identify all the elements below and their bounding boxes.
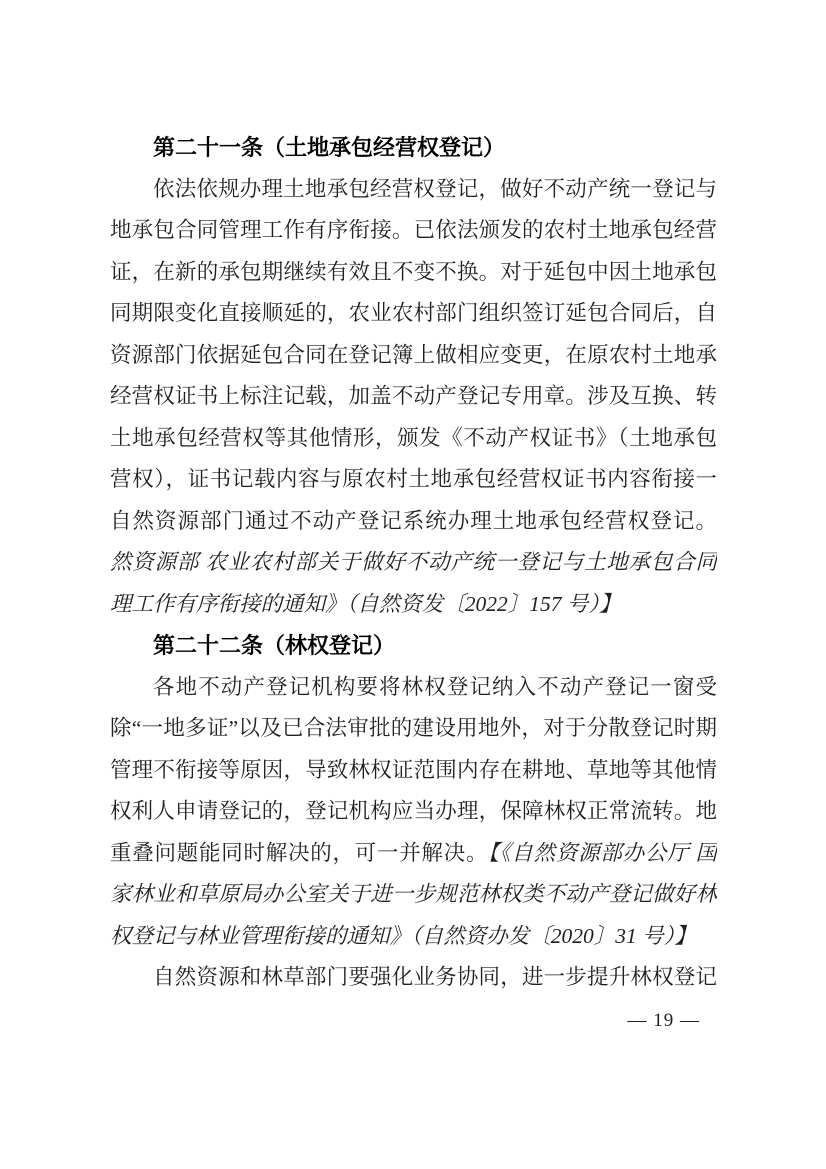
citation-text: 【《自然资源部办公厅 国 bbox=[488, 841, 717, 865]
body-text: 重叠问题能同时解决的，可一并解决。 bbox=[110, 841, 488, 865]
text-line: 权登记与林业管理衔接的通知》（自然资办发〔2020〕31 号）】 bbox=[110, 916, 717, 958]
text-line: 同期限变化直接顺延的，农业农村部门组织签订延包合同后，自然 bbox=[110, 293, 717, 335]
text-line: 重叠问题能同时解决的，可一并解决。【《自然资源部办公厅 国 bbox=[110, 833, 717, 875]
text-line: 土地承包经营权等其他情形，颁发《不动产权证书》（土地承包经 bbox=[110, 418, 717, 460]
body-text: 依法依规办理土地承包经营权登记，做好不动产统一登记与土 bbox=[110, 177, 717, 211]
body-text: 各地不动产登记机构要将林权登记纳入不动产登记一窗受理。 bbox=[110, 675, 717, 709]
page-number: — 19 — bbox=[628, 1006, 701, 1036]
text-line: 各地不动产登记机构要将林权登记纳入不动产登记一窗受理。 bbox=[110, 667, 717, 709]
body-text: 营权），证书记载内容与原农村土地承包经营权证书内容衔接一致。 bbox=[110, 467, 717, 501]
body-text: 资源部门依据延包合同在登记簿上做相应变更，在原农村土地承包 bbox=[110, 343, 717, 377]
text-line: 地承包合同管理工作有序衔接。已依法颁发的农村土地承包经营权 bbox=[110, 210, 717, 252]
text-line: 资源部门依据延包合同在登记簿上做相应变更，在原农村土地承包 bbox=[110, 335, 717, 377]
text-line: 自然资源和林草部门要强化业务协同，进一步提升林权登记便 bbox=[110, 957, 717, 999]
text-line: 管理不衔接等原因，导致林权证范围内存在耕地、草地等其他情形， bbox=[110, 750, 717, 792]
text-line: 权利人申请登记的，登记机构应当办理，保障林权正常流转。地类 bbox=[110, 791, 717, 833]
body-text: 自然资源部门通过不动产登记系统办理土地承包经营权登记。 bbox=[110, 509, 717, 533]
text-line: 依法依规办理土地承包经营权登记，做好不动产统一登记与土 bbox=[110, 169, 717, 211]
body-text: 土地承包经营权等其他情形，颁发《不动产权证书》（土地承包经 bbox=[110, 426, 717, 460]
text-line: 除“一地多证”以及已合法审批的建设用地外，对于分散登记时期因 bbox=[110, 708, 717, 750]
body-text: 第二十二条（林权登记） bbox=[153, 633, 395, 658]
article-heading: 第二十二条（林权登记） bbox=[110, 625, 717, 667]
body-text: 同期限变化直接顺延的，农业农村部门组织签订延包合同后，自然 bbox=[110, 301, 717, 335]
article-heading: 第二十一条（土地承包经营权登记） bbox=[110, 127, 717, 169]
text-line: 理工作有序衔接的通知》（自然资发〔2022〕157 号）】 bbox=[110, 584, 717, 626]
body-text: 除“一地多证”以及已合法审批的建设用地外，对于分散登记时期因 bbox=[110, 716, 717, 750]
body-text: 经营权证书上标注记载，加盖不动产登记专用章。涉及互换、转让 bbox=[110, 384, 717, 418]
document-body: 第二十一条（土地承包经营权登记）依法依规办理土地承包经营权登记，做好不动产统一登… bbox=[110, 127, 717, 999]
citation-text: 理工作有序衔接的通知》（自然资发〔2022〕157 号）】 bbox=[110, 592, 621, 616]
text-line: 自然资源部门通过不动产登记系统办理土地承包经营权登记。【《自 bbox=[110, 501, 717, 543]
text-line: 然资源部 农业农村部关于做好不动产统一登记与土地承包合同管 bbox=[110, 542, 717, 584]
text-line: 营权），证书记载内容与原农村土地承包经营权证书内容衔接一致。 bbox=[110, 459, 717, 501]
text-line: 经营权证书上标注记载，加盖不动产登记专用章。涉及互换、转让 bbox=[110, 376, 717, 418]
text-line: 证，在新的承包期继续有效且不变不换。对于延包中因土地承包合 bbox=[110, 252, 717, 294]
body-text: 第二十一条（土地承包经营权登记） bbox=[153, 135, 505, 160]
citation-text: 权登记与林业管理衔接的通知》（自然资办发〔2020〕31 号）】 bbox=[110, 924, 696, 948]
body-text: 地承包合同管理工作有序衔接。已依法颁发的农村土地承包经营权 bbox=[110, 218, 717, 252]
document-page: 第二十一条（土地承包经营权登记）依法依规办理土地承包经营权登记，做好不动产统一登… bbox=[0, 0, 826, 1169]
body-text: 管理不衔接等原因，导致林权证范围内存在耕地、草地等其他情形， bbox=[110, 758, 717, 792]
body-text: 证，在新的承包期继续有效且不变不换。对于延包中因土地承包合 bbox=[110, 260, 717, 294]
citation-text: 然资源部 农业农村部关于做好不动产统一登记与土地承包合同管 bbox=[110, 550, 717, 584]
body-text: 自然资源和林草部门要强化业务协同，进一步提升林权登记便 bbox=[110, 965, 717, 999]
body-text: 权利人申请登记的，登记机构应当办理，保障林权正常流转。地类 bbox=[110, 799, 717, 833]
citation-text: 家林业和草原局办公室关于进一步规范林权类不动产登记做好林 bbox=[110, 882, 717, 906]
text-line: 家林业和草原局办公室关于进一步规范林权类不动产登记做好林 bbox=[110, 874, 717, 916]
